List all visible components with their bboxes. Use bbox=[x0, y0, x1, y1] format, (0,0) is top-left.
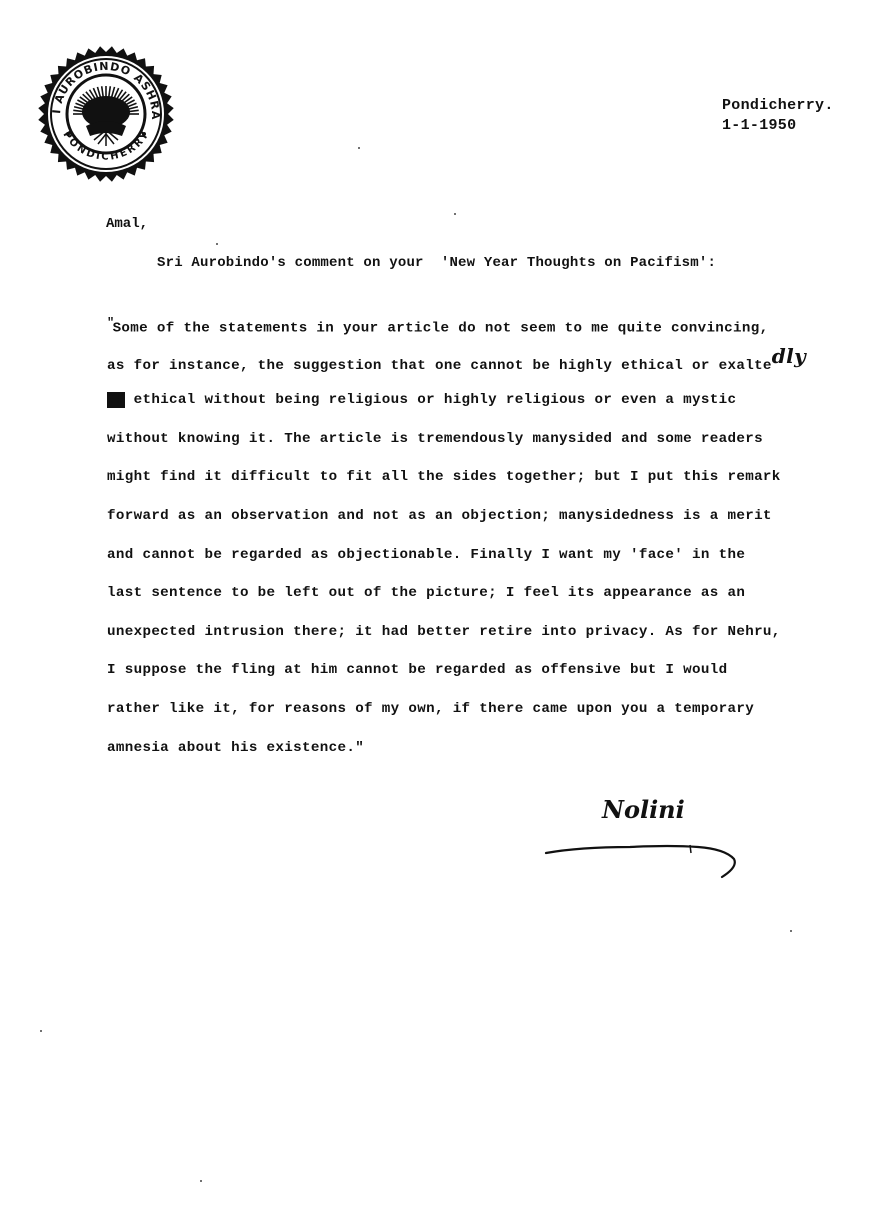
date: 1-1-1950 bbox=[722, 116, 834, 136]
body-line-3-text: ethical without being religious or highl… bbox=[125, 392, 737, 408]
letter-body: "Some of the statements in your article … bbox=[107, 309, 847, 772]
body-line-3: ## ethical without being religious or hi… bbox=[107, 386, 847, 425]
ashram-seal: SRI AUROBINDO ASHRAM PONDICHERRY bbox=[36, 44, 176, 184]
handwritten-correction: dly bbox=[772, 344, 806, 368]
scan-speck bbox=[454, 213, 456, 215]
place: Pondicherry. bbox=[722, 96, 834, 116]
signature: Nolini bbox=[540, 795, 750, 885]
body-line-2-typed: as for instance, the suggestion that one… bbox=[107, 358, 772, 374]
salutation: Amal, bbox=[106, 216, 148, 232]
scan-speck bbox=[790, 930, 792, 932]
body-line-1: "Some of the statements in your article … bbox=[107, 309, 847, 348]
signature-flourish-icon bbox=[540, 795, 750, 885]
body-line-8: last sentence to be left out of the pict… bbox=[107, 579, 847, 618]
ashram-emblem-icon: SRI AUROBINDO ASHRAM PONDICHERRY bbox=[36, 44, 176, 184]
body-line-2: as for instance, the suggestion that one… bbox=[107, 348, 847, 387]
body-line-5: might find it difficult to fit all the s… bbox=[107, 463, 847, 502]
struck-out-word: ## bbox=[107, 392, 125, 408]
scan-speck bbox=[358, 147, 360, 149]
body-line-9: unexpected intrusion there; it had bette… bbox=[107, 618, 847, 657]
scan-speck bbox=[200, 1180, 202, 1182]
subject-line: Sri Aurobindo's comment on your 'New Yea… bbox=[157, 255, 716, 271]
scan-speck bbox=[216, 243, 218, 245]
body-line-10: I suppose the fling at him cannot be reg… bbox=[107, 656, 847, 695]
scan-speck bbox=[40, 1030, 42, 1032]
body-line-6: forward as an observation and not as an … bbox=[107, 502, 847, 541]
body-line-4: without knowing it. The article is treme… bbox=[107, 425, 847, 464]
body-line-11: rather like it, for reasons of my own, i… bbox=[107, 695, 847, 734]
body-line-12: amnesia about his existence." bbox=[107, 734, 847, 773]
body-line-7: and cannot be regarded as objectionable.… bbox=[107, 541, 847, 580]
body-line-1-text: Some of the statements in your article d… bbox=[113, 321, 769, 337]
place-date-block: Pondicherry. 1-1-1950 bbox=[722, 96, 834, 136]
